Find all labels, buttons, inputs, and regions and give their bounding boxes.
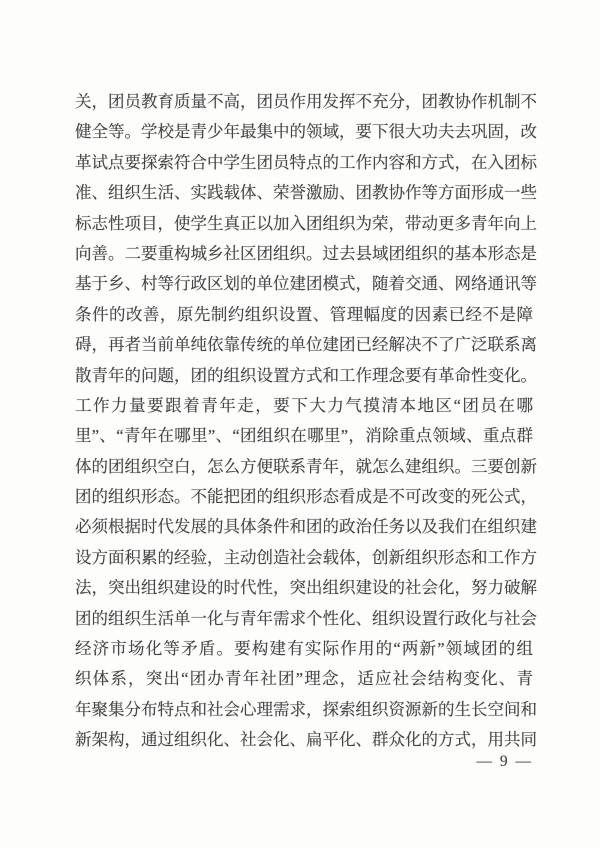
text-line: 碍，再者当前单纯依靠传统的单位建团已经解决不了广泛联系离 [75, 330, 533, 360]
text-line: 健全等。学校是青少年最集中的领域，要下很大功夫去巩固，改 [75, 117, 533, 147]
document-body: 关，团员教育质量不高，团员作用发挥不充分，团教协作机制不 健全等。学校是青少年最… [75, 87, 533, 756]
text-line: 团的组织形态。不能把团的组织形态看成是不可改变的死公式， [75, 482, 533, 512]
page-number: — 9 — [477, 753, 534, 771]
text-line: 基于乡、村等行政区划的单位建团模式，随着交通、网络通讯等 [75, 269, 533, 299]
text-line: 体的团组织空白，怎么方便联系青年，就怎么建组织。三要创新 [75, 452, 533, 482]
text-line: 向善。二要重构城乡社区团组织。过去县域团组织的基本形态是 [75, 239, 533, 269]
text-line: 必须根据时代发展的具体条件和团的政治任务以及我们在组织建 [75, 512, 533, 542]
text-line: 里”、“青年在哪里”、“团组织在哪里”，消除重点领域、重点群 [75, 421, 533, 451]
text-line: 散青年的问题，团的组织设置方式和工作理念要有革命性变化。 [75, 361, 533, 391]
text-line: 团的组织生活单一化与青年需求个性化、组织设置行政化与社会 [75, 604, 533, 634]
text-line: 年聚集分布特点和社会心理需求，探索组织资源新的生长空间和 [75, 695, 533, 725]
text-line: 工作力量要跟着青年走，要下大力气摸清本地区“团员在哪 [75, 391, 533, 421]
text-line: 关，团员教育质量不高，团员作用发挥不充分，团教协作机制不 [75, 87, 533, 117]
text-line: 革试点要探索符合中学生团员特点的工作内容和方式，在入团标 [75, 148, 533, 178]
text-line: 法，突出组织建设的时代性，突出组织建设的社会化，努力破解 [75, 573, 533, 603]
document-page: 关，团员教育质量不高，团员作用发挥不充分，团教协作机制不 健全等。学校是青少年最… [0, 0, 600, 848]
text-line: 准、组织生活、实践载体、荣誉激励、团教协作等方面形成一些 [75, 178, 533, 208]
text-line: 条件的改善，原先制约组织设置、管理幅度的因素已经不是障 [75, 300, 533, 330]
text-line: 设方面积累的经验，主动创造社会载体，创新组织形态和工作方 [75, 543, 533, 573]
text-line: 标志性项目，使学生真正以加入团组织为荣，带动更多青年向上 [75, 209, 533, 239]
text-line: 经济市场化等矛盾。要构建有实际作用的“两新”领域团的组 [75, 634, 533, 664]
text-line: 织体系，突出“团办青年社团”理念，适应社会结构变化、青 [75, 664, 533, 694]
text-line: 新架构，通过组织化、社会化、扁平化、群众化的方式，用共同 [75, 725, 533, 755]
